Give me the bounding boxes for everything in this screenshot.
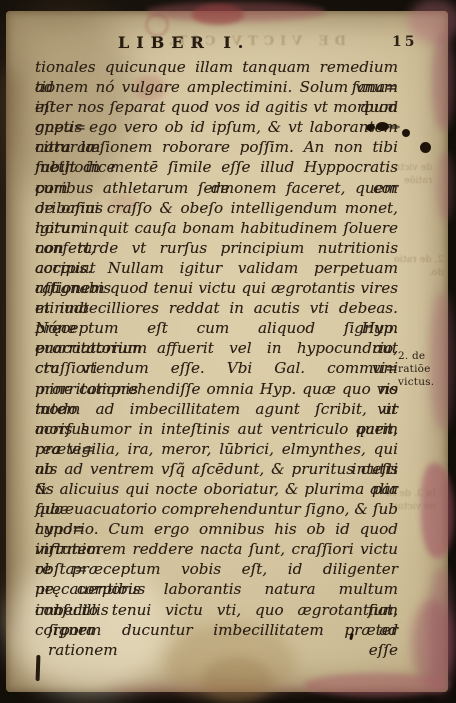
text-line: ne corporis laborantis natura multum imb… <box>35 579 398 599</box>
text-line: inter nos ſeparat quod vos id agitis vt … <box>35 97 398 117</box>
text-line: rea vigilia, ira, meror, lūbrici, elmynt… <box>35 439 398 459</box>
text-line: infirmiorem reddere nacta ſunt, craſſior… <box>35 539 398 559</box>
text-line: citra læſionem roborare poſſim. An non t… <box>35 137 398 157</box>
text-line: ctu vtendum eſſe. Vbi Gal. communi prorr… <box>35 358 398 378</box>
show-through-text: de victuratiōe <box>394 161 432 187</box>
page: DE VICTV CIT. de victuratiōe 2. de ratio… <box>6 11 448 692</box>
folio-number: 15 <box>392 34 417 50</box>
stain <box>432 31 454 131</box>
text-line: de omni craſſo & obeſo intelligendum mon… <box>35 198 398 218</box>
text-line: ſignem ducuntur imbecillitatem præter ra… <box>35 620 398 640</box>
text-line: ſubijt in mentē ſimile eſſe illud Hyppoc… <box>35 157 398 177</box>
stain <box>412 599 454 687</box>
stain <box>436 151 454 221</box>
text-line: gnetis ego vero ob id ipſum, & vt labora… <box>35 117 398 137</box>
text-line: nis ad ventrem vſq̃ aſcēdunt, & pruritus… <box>35 459 398 479</box>
text-line: et imbecilliores reddat in acutis vti de… <box>35 298 398 318</box>
text-line: euacuatorium affuerit vel in hypocundrio… <box>35 338 398 358</box>
stain <box>304 673 450 697</box>
stain <box>0 71 18 631</box>
text-line: cundrio. Cum ergo omnibus his ob id quod… <box>35 519 398 539</box>
text-line: conſulto tenui victu vti, quo ægrotantiu… <box>35 600 398 620</box>
text-line: tionales quicunque illam tanquam remediu… <box>35 57 398 77</box>
text-line: tionem nó vulgare amplectimini. Solum vn… <box>35 77 398 97</box>
text-line: pręceptum eſt cum aliquod ſignum prorrit… <box>35 318 398 338</box>
ink-blot <box>420 142 431 153</box>
text-block: tionales quicunque illam tanquam remediu… <box>35 57 398 640</box>
book-scan: DE VICTV CIT. de victuratiōe 2. de ratio… <box>0 0 456 703</box>
ink-blot <box>402 129 410 137</box>
page-header-title: LIBER I. <box>118 33 250 52</box>
pen-stroke <box>36 655 41 681</box>
text-line: mine comprehendiſſe omnia Hyp. quæ quo v… <box>35 379 398 399</box>
text-line: corpus. Nullam igitur validam perpetuam … <box>35 258 398 278</box>
text-line: re præceptum vobis eſt, id diligenter pr… <box>35 559 398 579</box>
text-line: non tarde vt rurſus principium nutrition… <box>35 238 398 258</box>
show-through-text: 2. de ratiodo. <box>394 253 444 279</box>
margin-note: 2. de ratiõe victus. <box>398 350 452 389</box>
stain <box>106 681 326 697</box>
text-line: tis alicuius qui nocte oboriatur, & plur… <box>35 479 398 499</box>
stain <box>202 657 272 703</box>
text-line: igitur inquit cauſa bonam habitudinem ſo… <box>35 218 398 238</box>
text-line: ſub euacuatorio comprehenduntur ſigno, &… <box>35 499 398 519</box>
text-line: tutem ad imbecillitatem agunt ſcribit, u… <box>35 399 398 419</box>
stain <box>428 566 454 696</box>
text-line: poribus athletarum ſermonem faceret, que… <box>35 178 398 198</box>
stain <box>192 4 244 25</box>
text-line: rationem quod tenui victu qui ægrotantis… <box>35 278 398 298</box>
stain <box>146 2 326 22</box>
text-line: acris humor in inteſtinis aut ventriculo… <box>35 419 398 439</box>
